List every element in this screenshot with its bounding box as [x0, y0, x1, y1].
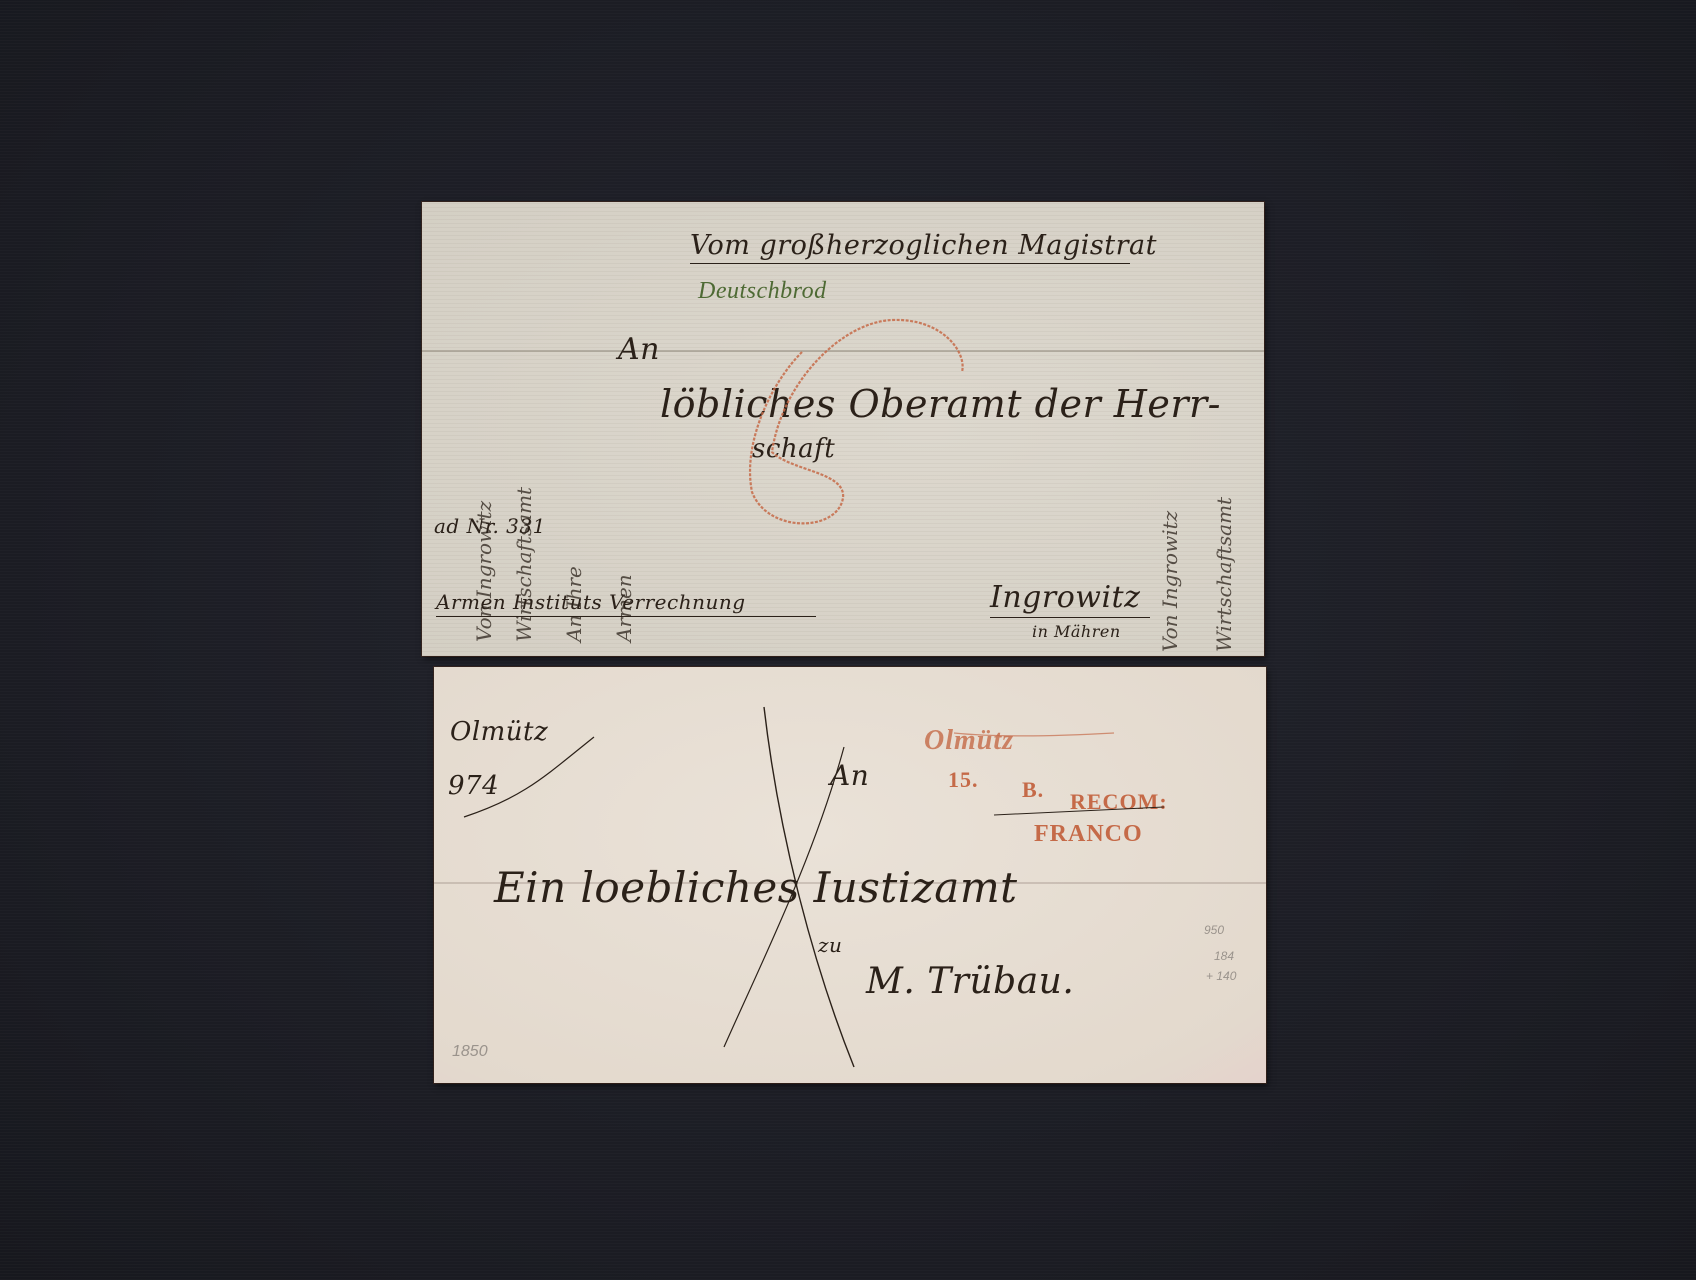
fold-crease [422, 350, 1264, 352]
letter-top-address-line2: schaft [752, 434, 835, 464]
margin-script-4: Armen [612, 382, 636, 642]
sender-number: 974 [448, 771, 499, 801]
letter-top-salutation: An [618, 332, 660, 367]
postmark-month: B. [1022, 777, 1044, 803]
margin-script-right-1: Von Ingrowitz [1158, 422, 1182, 652]
letter-bottom-address-line3: M. Trübau. [866, 961, 1074, 1002]
recommande-stamp: RECOM: [1070, 789, 1168, 815]
letter-top-destination: Ingrowitz [990, 580, 1150, 618]
pencil-note-3: + 140 [1206, 969, 1236, 983]
margin-script-right-2: Wirtschaftsamt [1212, 402, 1236, 652]
letter-top-destination-sub: in Mähren [1032, 622, 1121, 641]
letter-top-header: Vom großherzoglichen Magistrat [690, 230, 1130, 264]
pencil-year-note: 1850 [452, 1043, 488, 1061]
margin-script-1: Von Ingrowitz [472, 402, 496, 642]
green-town-stamp: Deutschbrod [698, 278, 827, 305]
letter-top-address-line1: löbliches Oberamt der Herr- [660, 382, 1221, 426]
margin-script-2: Wirtschaftsamt [512, 372, 536, 642]
pencil-note-2: 184 [1214, 949, 1234, 963]
postmark-day: 15. [948, 767, 979, 793]
franco-stamp: FRANCO [1034, 821, 1143, 848]
letter-bottom-address-line2: zu [818, 933, 842, 957]
pencil-note-1: 950 [1204, 923, 1224, 937]
postmark-town: Olmütz [924, 725, 1014, 757]
letter-top: Vom großherzoglichen Magistrat Deutschbr… [422, 202, 1264, 656]
letter-bottom-salutation: An [830, 759, 869, 792]
margin-script-3: An Ihre [562, 392, 586, 642]
sender-note: Olmütz [450, 717, 548, 747]
letter-bottom-address-line1: Ein loebliches Iustizamt [494, 863, 1018, 912]
letter-bottom: Olmütz 974 An Olmütz 15. B. RECOM: FRANC… [434, 667, 1266, 1083]
